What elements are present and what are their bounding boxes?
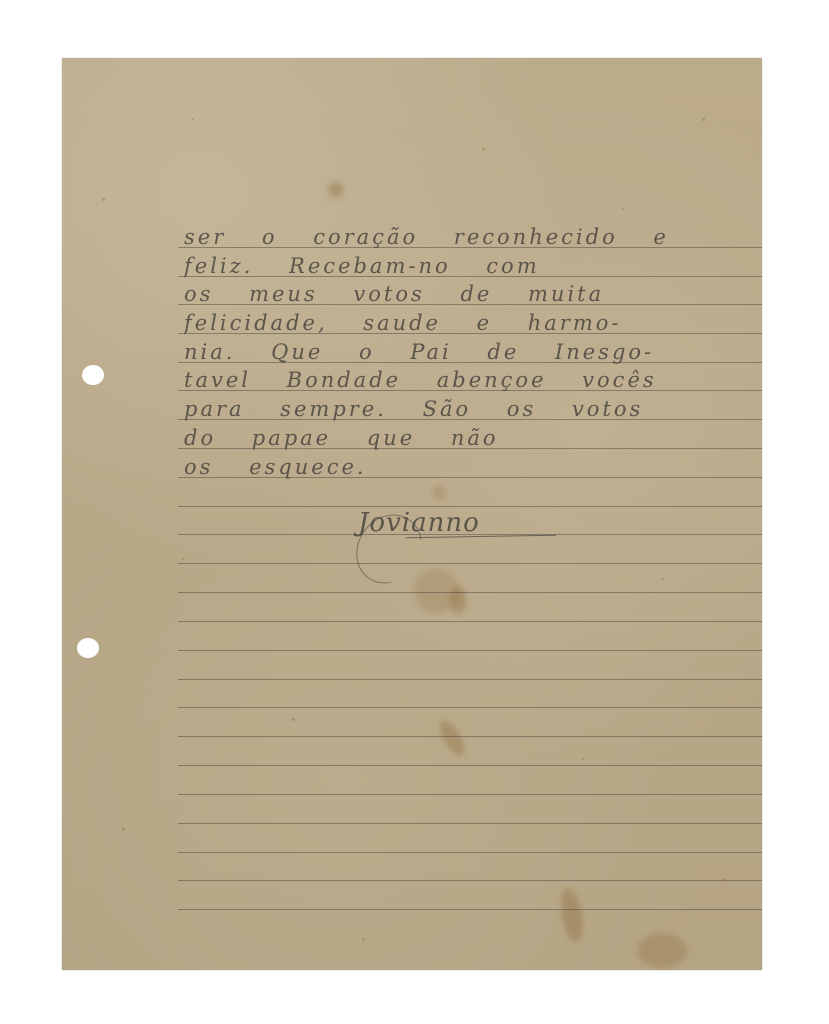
letter-line: nia. Que o Pai de Inesgo-: [184, 339, 762, 365]
ruled-line: [178, 794, 762, 795]
ruled-line: [178, 621, 762, 622]
letter-line: do papae que não: [184, 425, 762, 451]
ruled-line: [178, 679, 762, 680]
punch-hole-bottom: [77, 638, 99, 658]
stain: [637, 933, 687, 968]
signature: Jovianno: [358, 508, 480, 538]
ruled-line: [178, 765, 762, 766]
speck: [662, 578, 664, 580]
ruled-line: [178, 563, 762, 564]
speck: [582, 758, 584, 760]
letter-line: felicidade, saude e harmo-: [184, 310, 762, 336]
ruled-line: [178, 736, 762, 737]
speck: [292, 718, 295, 721]
speck: [122, 828, 125, 831]
letter-line: os meus votos de muita: [184, 281, 762, 307]
letter-line: tavel Bondade abençoe vocês: [184, 367, 762, 393]
ruled-line: [178, 852, 762, 853]
speck: [702, 118, 705, 121]
letter-line: ser o coração reconhecido e: [184, 224, 762, 250]
stain: [435, 717, 469, 760]
letter-page: ser o coração reconhecido e feliz. Receb…: [62, 58, 762, 970]
letter-line: os esquece.: [184, 454, 762, 480]
speck: [622, 208, 624, 210]
letter-line: para sempre. São os votos: [184, 396, 762, 422]
ruled-line: [178, 650, 762, 651]
ruled-line: [178, 823, 762, 824]
ruled-line: [178, 880, 762, 881]
ruled-line: [178, 506, 762, 507]
punch-hole-top: [82, 365, 104, 385]
speck: [102, 198, 105, 201]
speck: [482, 148, 485, 151]
stain: [450, 586, 466, 614]
speck: [182, 558, 184, 560]
ruled-line: [178, 592, 762, 593]
letter-line: feliz. Recebam-no com: [184, 253, 762, 279]
ruled-line: [178, 909, 762, 910]
speck: [192, 118, 194, 120]
ruled-line: [178, 707, 762, 708]
stain: [557, 887, 586, 945]
speck: [362, 938, 365, 941]
stain: [328, 182, 344, 198]
stain: [432, 486, 446, 500]
